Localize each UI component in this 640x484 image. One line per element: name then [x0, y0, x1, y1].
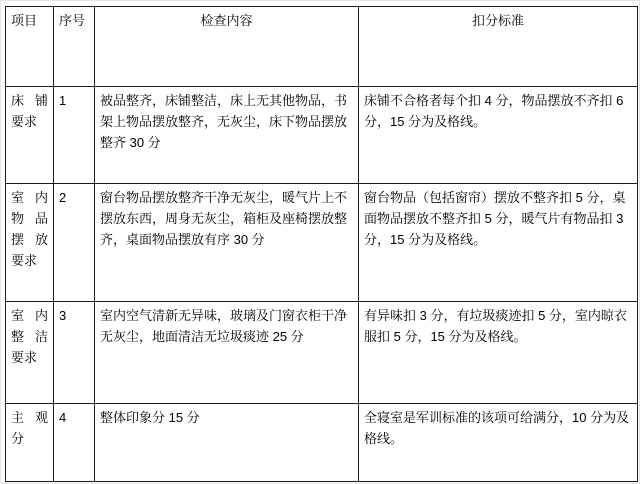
- row-deduction-standard: 床铺不合格者每个扣 4 分，物品摆放不齐扣 6 分，15 分为及格线。: [359, 87, 638, 184]
- table-row: 室内整洁要求 3 室内空气清新无异味，玻璃及门窗衣柜干净无灰尘，地面清洁无垃圾痰…: [6, 302, 638, 404]
- row-deduction-standard: 有异味扣 3 分，有垃圾痰迹扣 5 分，室内晾衣服扣 5 分，15 分为及格线。: [359, 302, 638, 404]
- header-item: 项目: [6, 7, 54, 87]
- row-item-label: 室内物品摆放要求: [6, 184, 54, 302]
- row-serial: 2: [54, 184, 95, 302]
- header-standard: 扣分标准: [359, 7, 638, 87]
- header-no: 序号: [54, 7, 95, 87]
- row-inspection-content: 室内空气清新无异味，玻璃及门窗衣柜干净无灰尘，地面清洁无垃圾痰迹 25 分: [95, 302, 359, 404]
- row-serial: 1: [54, 87, 95, 184]
- row-serial: 3: [54, 302, 95, 404]
- row-inspection-content: 被品整齐，床铺整洁，床上无其他物品，书架上物品摆放整齐，无灰尘，床下物品摆放整齐…: [95, 87, 359, 184]
- table-row: 室内物品摆放要求 2 窗台物品摆放整齐干净无灰尘，暖气片上不摆放东西，周身无灰尘…: [6, 184, 638, 302]
- row-item-label: 主观分: [6, 404, 54, 482]
- document-page: 项目 序号 检查内容 扣分标准 床铺要求 1 被品整齐，床铺整洁，床上无其他物品…: [0, 0, 640, 484]
- table-row: 床铺要求 1 被品整齐，床铺整洁，床上无其他物品，书架上物品摆放整齐，无灰尘，床…: [6, 87, 638, 184]
- table-header-row: 项目 序号 检查内容 扣分标准: [6, 7, 638, 87]
- table-row: 主观分 4 整体印象分 15 分 全寝室是军训标准的该项可给满分，10 分为及格…: [6, 404, 638, 482]
- row-deduction-standard: 全寝室是军训标准的该项可给满分，10 分为及格线。: [359, 404, 638, 482]
- row-serial: 4: [54, 404, 95, 482]
- inspection-score-table: 项目 序号 检查内容 扣分标准 床铺要求 1 被品整齐，床铺整洁，床上无其他物品…: [5, 6, 638, 482]
- row-item-label: 床铺要求: [6, 87, 54, 184]
- row-item-label: 室内整洁要求: [6, 302, 54, 404]
- row-inspection-content: 窗台物品摆放整齐干净无灰尘，暖气片上不摆放东西，周身无灰尘，箱柜及座椅摆放整齐，…: [95, 184, 359, 302]
- header-content: 检查内容: [95, 7, 359, 87]
- row-deduction-standard: 窗台物品（包括窗帘）摆放不整齐扣 5 分，桌面物品摆放不整齐扣 5 分，暖气片有…: [359, 184, 638, 302]
- row-inspection-content: 整体印象分 15 分: [95, 404, 359, 482]
